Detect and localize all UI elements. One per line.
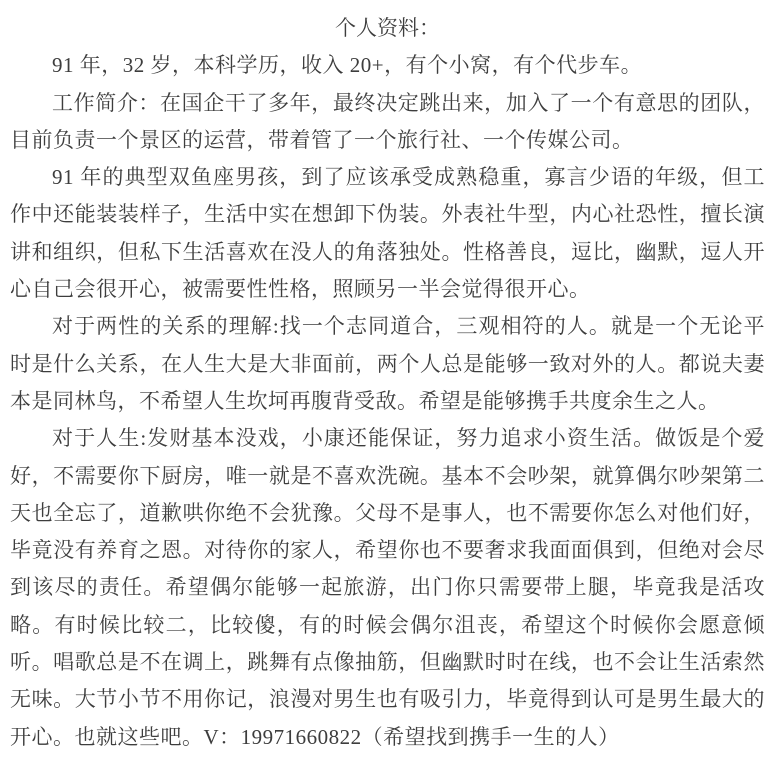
document-page: 个人资料： 91 年，32 岁，本科学历，收入 20+，有个小窝，有个代步车。 … — [0, 0, 775, 760]
paragraph-work-intro: 工作简介：在国企干了多年，最终决定跳出来，加入了一个有意思的团队，目前负责一个景… — [10, 85, 765, 160]
paragraph-life-view: 对于人生:发财基本没戏，小康还能保证，努力追求小资生活。做饭是个爱好，不需要你下… — [10, 420, 765, 756]
document-title: 个人资料： — [10, 10, 765, 47]
paragraph-relationship-view: 对于两性的关系的理解:找一个志同道合，三观相符的人。就是一个无论平时是什么关系，… — [10, 308, 765, 420]
paragraph-basic-info: 91 年，32 岁，本科学历，收入 20+，有个小窝，有个代步车。 — [10, 47, 765, 84]
paragraph-personality: 91 年的典型双鱼座男孩，到了应该承受成熟稳重，寡言少语的年级，但工作中还能装装… — [10, 159, 765, 308]
